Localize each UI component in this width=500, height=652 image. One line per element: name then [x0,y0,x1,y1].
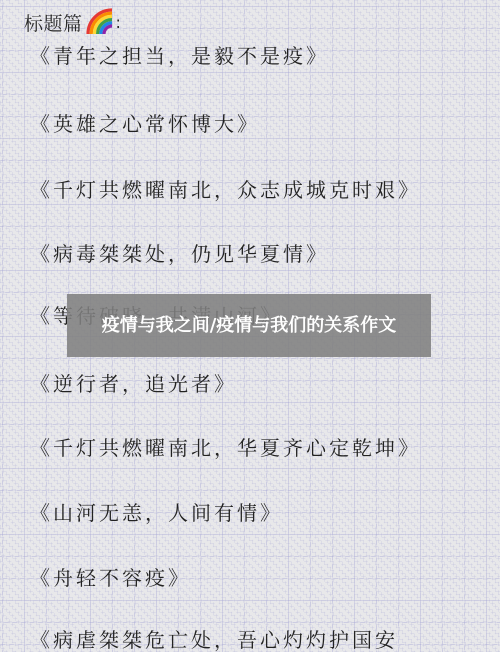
rainbow-icon [86,8,112,34]
note-line: 《千灯共燃曜南北，众志成城克时艰》 [30,174,421,203]
title-overlay-banner[interactable]: 疫情与我之间/疫情与我们的关系作文 [67,294,431,357]
note-line: 《青年之担当，是毅不是疫》 [30,40,329,69]
note-line: 《病虐桀桀危亡处，吾心灼灼护国安 [30,624,398,652]
note-heading: 标题篇 : [24,9,121,36]
note-line: 《山河无恙，人间有情》 [30,497,283,526]
note-line: 《英雄之心常怀博大》 [30,108,260,137]
heading-label: 标题篇 [24,9,83,36]
note-line: 《逆行者，追光者》 [30,368,237,397]
note-line: 《病毒桀桀处，仍见华夏情》 [30,238,329,267]
heading-colon: : [116,13,122,32]
overlay-title[interactable]: 疫情与我之间/疫情与我们的关系作文 [79,313,419,338]
note-line: 《舟轻不容疫》 [30,562,191,591]
note-line: 《千灯共燃曜南北，华夏齐心定乾坤》 [30,432,421,461]
